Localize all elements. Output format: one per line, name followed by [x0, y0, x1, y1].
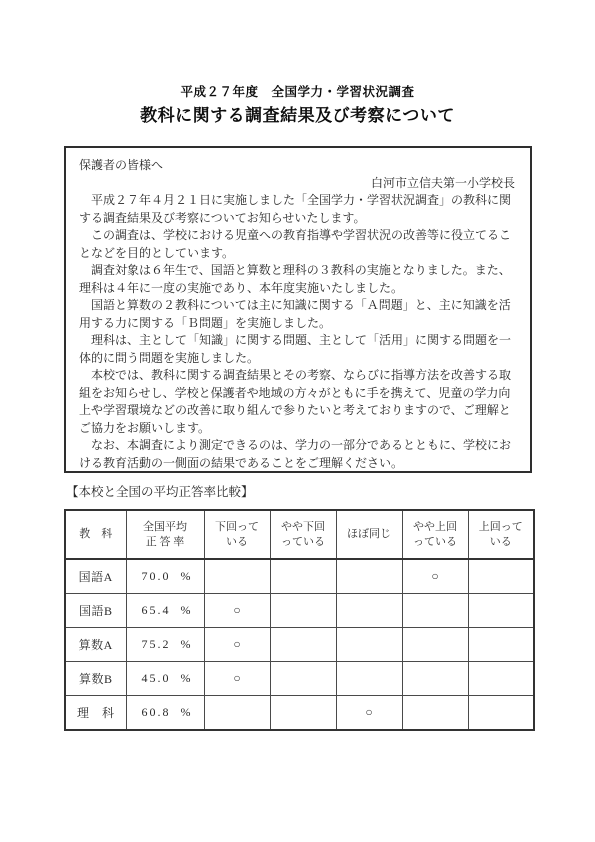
comparison-table-heading: 【本校と全国の平均正答率比較】	[66, 482, 254, 500]
title-survey-name: 平成２７年度 全国学力・学習状況調査	[0, 82, 595, 100]
col-header-subject: 教 科	[65, 510, 126, 559]
mark-slightly-above	[402, 696, 468, 731]
letter-body-box: 保護者の皆様へ 白河市立信夫第一小学校長 平成２７年４月２１日に実施しました「全…	[64, 146, 532, 473]
mark-slightly-above	[402, 594, 468, 628]
rate-unit: %	[181, 671, 191, 686]
rate-inner: 60.8 %	[127, 705, 204, 720]
rate-cell: 65.4 %	[126, 594, 204, 628]
mark-slightly-above: ○	[402, 559, 468, 594]
rate-inner: 75.2 %	[127, 637, 204, 652]
mark-slightly-above	[402, 628, 468, 662]
letter-paragraph: 本校では、教科に関する調査結果とその考察、ならびに指導方法を改善する取組をお知ら…	[79, 367, 521, 437]
col-header-above: 上回って いる	[468, 510, 534, 559]
col-header-national-average: 全国平均 正 答 率	[126, 510, 204, 559]
mark-below	[204, 696, 270, 731]
rate-inner: 45.0 %	[127, 671, 204, 686]
subject-label: 算数A	[65, 628, 126, 662]
letter-paragraph: この調査は、学校における児童への教育指導や学習状況の改善等に役立てることなどを目…	[79, 227, 521, 262]
mark-above	[468, 559, 534, 594]
col-header-slightly-above: やや上回 っている	[402, 510, 468, 559]
letter-salutation: 保護者の皆様へ	[79, 157, 521, 175]
letter-paragraph: 国語と算数の２教科については主に知識に関する「Ａ問題」と、主に知識を活用する力に…	[79, 297, 521, 332]
table-row: 国語B 65.4 % ○	[65, 594, 534, 628]
mark-slightly-above	[402, 662, 468, 696]
mark-about-same: ○	[336, 696, 402, 731]
comparison-table: 教 科 全国平均 正 答 率 下回って いる やや下回 っている ほぼ同じ やや…	[64, 509, 535, 731]
mark-below: ○	[204, 662, 270, 696]
rate-value: 75.2	[142, 637, 171, 652]
mark-slightly-below	[270, 594, 336, 628]
mark-slightly-below	[270, 559, 336, 594]
subject-label: 国語B	[65, 594, 126, 628]
table-row: 理 科 60.8 % ○	[65, 696, 534, 731]
rate-value: 45.0	[142, 671, 171, 686]
letter-paragraph: 調査対象は６年生で、国語と算数と理科の３教科の実施となりました。また、理科は４年…	[79, 262, 521, 297]
rate-value: 65.4	[142, 603, 171, 618]
col-header-slightly-below: やや下回 っている	[270, 510, 336, 559]
mark-slightly-below	[270, 628, 336, 662]
letter-paragraph: 平成２７年４月２１日に実施しました「全国学力・学習状況調査」の教科に関する調査結…	[79, 192, 521, 227]
rate-cell: 60.8 %	[126, 696, 204, 731]
mark-about-same	[336, 594, 402, 628]
table-row: 算数B 45.0 % ○	[65, 662, 534, 696]
rate-value: 60.8	[142, 705, 171, 720]
table-row: 算数A 75.2 % ○	[65, 628, 534, 662]
mark-below: ○	[204, 594, 270, 628]
mark-above	[468, 696, 534, 731]
rate-value: 70.0	[142, 569, 171, 584]
subject-label: 算数B	[65, 662, 126, 696]
rate-unit: %	[181, 603, 191, 618]
mark-slightly-below	[270, 662, 336, 696]
rate-cell: 70.0 %	[126, 559, 204, 594]
document-title: 平成２７年度 全国学力・学習状況調査 教科に関する調査結果及び考察について	[0, 82, 595, 126]
comparison-table-container: 教 科 全国平均 正 答 率 下回って いる やや下回 っている ほぼ同じ やや…	[64, 509, 535, 731]
table-header-row: 教 科 全国平均 正 答 率 下回って いる やや下回 っている ほぼ同じ やや…	[65, 510, 534, 559]
rate-inner: 70.0 %	[127, 569, 204, 584]
rate-inner: 65.4 %	[127, 603, 204, 618]
rate-unit: %	[181, 569, 191, 584]
mark-below	[204, 559, 270, 594]
col-header-about-same: ほぼ同じ	[336, 510, 402, 559]
rate-cell: 45.0 %	[126, 662, 204, 696]
mark-above	[468, 662, 534, 696]
letter-sender: 白河市立信夫第一小学校長	[79, 175, 521, 193]
mark-about-same	[336, 662, 402, 696]
title-report-subject: 教科に関する調査結果及び考察について	[0, 101, 595, 126]
rate-unit: %	[181, 637, 191, 652]
mark-above	[468, 594, 534, 628]
mark-above	[468, 628, 534, 662]
mark-slightly-below	[270, 696, 336, 731]
subject-label: 理 科	[65, 696, 126, 731]
table-row: 国語A 70.0 % ○	[65, 559, 534, 594]
rate-unit: %	[181, 705, 191, 720]
mark-below: ○	[204, 628, 270, 662]
letter-paragraph: なお、本調査により測定できるのは、学力の一部分であるとともに、学校における教育活…	[79, 437, 521, 472]
mark-about-same	[336, 559, 402, 594]
letter-paragraph: 理科は、主として「知識」に関する問題、主として「活用」に関する問題を一体的に問う…	[79, 332, 521, 367]
col-header-below: 下回って いる	[204, 510, 270, 559]
rate-cell: 75.2 %	[126, 628, 204, 662]
mark-about-same	[336, 628, 402, 662]
subject-label: 国語A	[65, 559, 126, 594]
document-page: 平成２７年度 全国学力・学習状況調査 教科に関する調査結果及び考察について 保護…	[0, 0, 595, 842]
